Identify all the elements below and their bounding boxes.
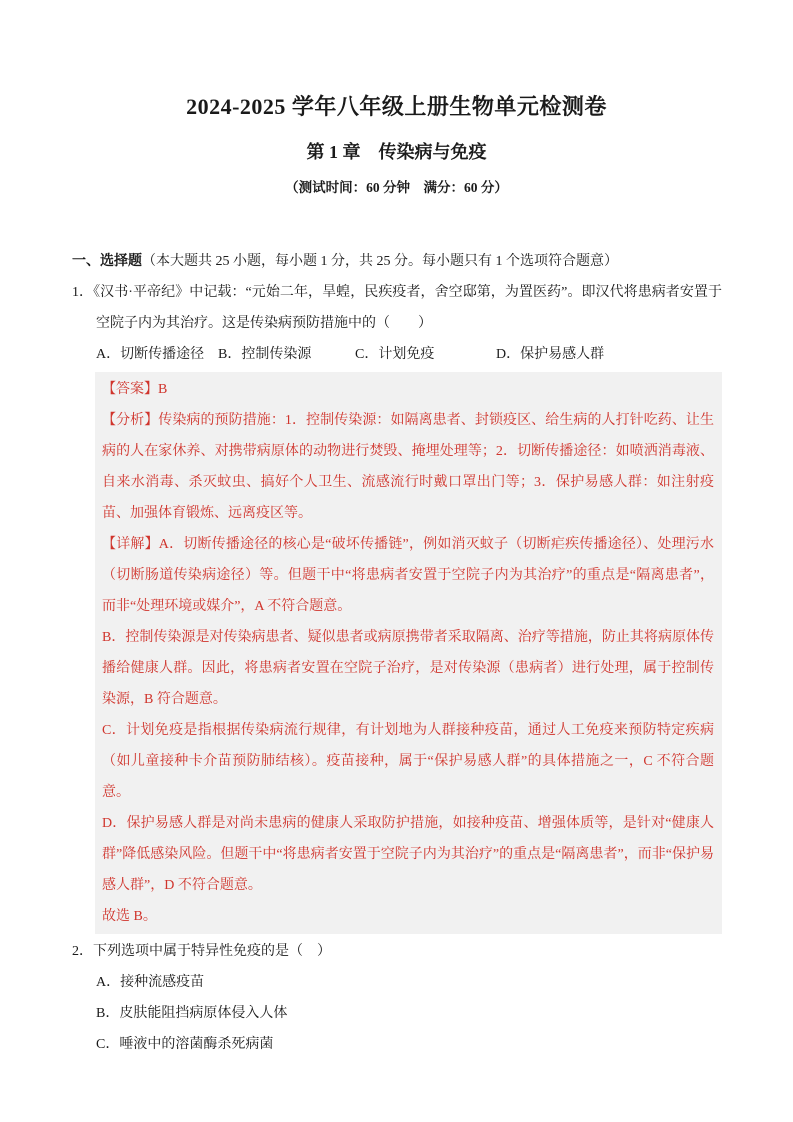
document-body: 一、选择题（本大题共 25 小题，每小题 1 分，共 25 分。每小题只有 1 … bbox=[72, 246, 722, 1060]
doc-meta-info: （测试时间：60 分钟 满分：60 分） bbox=[0, 178, 793, 198]
question-1-option-a: A．切断传播途径 bbox=[96, 339, 218, 370]
question-1-option-b: B．控制传染源 bbox=[218, 339, 355, 370]
section-heading: 一、选择题（本大题共 25 小题，每小题 1 分，共 25 分。每小题只有 1 … bbox=[72, 246, 722, 277]
question-1-options: A．切断传播途径 B．控制传染源 C．计划免疫 D．保护易感人群 bbox=[72, 339, 722, 370]
question-2-option-a: A．接种流感疫苗 bbox=[72, 967, 722, 998]
answer-explanation-block: 【答案】B 【分析】传染病的预防措施：1．控制传染源：如隔离患者、封锁疫区、给生… bbox=[95, 372, 722, 934]
document-header: 2024-2025 学年八年级上册生物单元检测卷 第 1 章 传染病与免疫 （测… bbox=[0, 0, 793, 198]
section-heading-title: 一、选择题 bbox=[72, 254, 142, 269]
question-2-stem: 2．下列选项中属于特异性免疫的是（ ） bbox=[72, 936, 722, 967]
conclusion-line: 故选 B。 bbox=[102, 901, 714, 932]
question-1-option-c: C．计划免疫 bbox=[355, 339, 496, 370]
answer-line: 【答案】B bbox=[102, 374, 714, 405]
detail-paragraph-d: D．保护易感人群是对尚未患病的健康人采取防护措施，如接种疫苗、增强体质等，是针对… bbox=[102, 808, 714, 901]
question-1-stem: 1．《汉书·平帝纪》中记载：“元始二年，旱蝗，民疾疫者，舍空邸第，为置医药”。即… bbox=[72, 277, 722, 339]
section-heading-note: （本大题共 25 小题，每小题 1 分，共 25 分。每小题只有 1 个选项符合… bbox=[142, 254, 618, 269]
doc-title: 2024-2025 学年八年级上册生物单元检测卷 bbox=[0, 92, 793, 122]
question-2-option-b: B．皮肤能阻挡病原体侵入人体 bbox=[72, 998, 722, 1029]
analysis-paragraph: 【分析】传染病的预防措施：1．控制传染源：如隔离患者、封锁疫区、给生病的人打针吃… bbox=[102, 405, 714, 529]
document-page: 2024-2025 学年八年级上册生物单元检测卷 第 1 章 传染病与免疫 （测… bbox=[0, 0, 793, 1122]
question-2: 2．下列选项中属于特异性免疫的是（ ） A．接种流感疫苗 B．皮肤能阻挡病原体侵… bbox=[72, 936, 722, 1060]
detail-paragraph-c: C．计划免疫是指根据传染病流行规律，有计划地为人群接种疫苗，通过人工免疫来预防特… bbox=[102, 715, 714, 808]
question-2-option-c: C．唾液中的溶菌酶杀死病菌 bbox=[72, 1029, 722, 1060]
question-1-option-d: D．保护易感人群 bbox=[496, 339, 604, 370]
doc-chapter-title: 第 1 章 传染病与免疫 bbox=[0, 138, 793, 166]
detail-paragraph-b: B．控制传染源是对传染病患者、疑似患者或病原携带者采取隔离、治疗等措施，防止其将… bbox=[102, 622, 714, 715]
detail-paragraph-a: 【详解】A．切断传播途径的核心是“破坏传播链”，例如消灭蚊子（切断疟疾传播途径）… bbox=[102, 529, 714, 622]
